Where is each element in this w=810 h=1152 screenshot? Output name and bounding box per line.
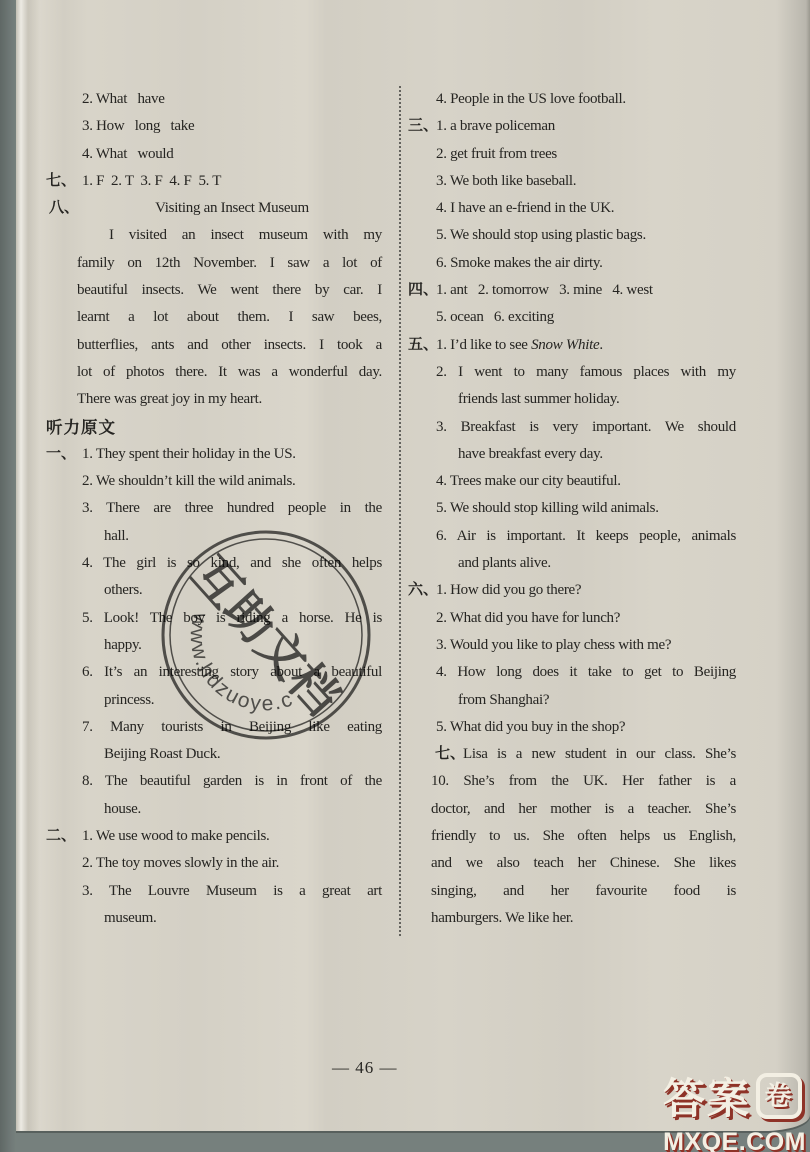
text-line: 5. We should stop killing wild animals. — [436, 495, 736, 522]
line-text: hamburgers. We like her. — [431, 910, 573, 926]
text-line: 8. The beautiful garden is in front of t… — [82, 768, 382, 795]
line-text: 3. The Louvre Museum is a great art — [82, 883, 382, 899]
text-line: beautiful insects. We went there by car.… — [77, 277, 382, 304]
line-text: 3. Breakfast is very important. We shoul… — [436, 419, 736, 435]
text-line: learnt a lot about them. I saw bees, — [77, 304, 382, 331]
text-line: and we also teach her Chinese. She likes — [431, 850, 736, 877]
text-line: others. — [82, 577, 382, 604]
line-text: have breakfast every day. — [458, 446, 603, 462]
text-line: 6. Smoke makes the air dirty. — [436, 250, 736, 277]
line-text: Beijing Roast Duck. — [104, 746, 220, 762]
line-text: 8. The beautiful garden is in front of t… — [82, 773, 382, 789]
text-line: hall. — [82, 523, 382, 550]
text-line: butterflies, ants and other insects. I t… — [77, 332, 382, 359]
line-text: and we also teach her Chinese. She likes — [431, 855, 736, 871]
line-text: 6. Smoke makes the air dirty. — [436, 255, 603, 271]
line-text: 5. We should stop using plastic bags. — [436, 227, 646, 243]
line-text: 4. How long does it take to get to Beiji… — [436, 664, 736, 680]
line-text: Visiting an Insect Museum — [155, 200, 309, 216]
line-text: and plants alive. — [458, 555, 551, 571]
section-marker: 一、 — [46, 441, 82, 468]
line-text: 1. They spent their holiday in the US. — [82, 446, 296, 462]
text-line: 3. The Louvre Museum is a great art — [82, 878, 382, 905]
text-line: Beijing Roast Duck. — [82, 741, 382, 768]
text-line: 6. It’s an interesting story about a bea… — [82, 659, 382, 686]
line-text-italic: Snow White — [531, 337, 599, 353]
text-line: 5. Look! The boy is riding a horse. He i… — [82, 605, 382, 632]
line-text: 5. ocean 6. exciting — [436, 309, 554, 325]
text-line: 五、1. I’d like to see Snow White. — [436, 332, 736, 359]
line-text: 1. F 2. T 3. F 4. F 5. T — [82, 173, 221, 189]
text-line: 2. The toy moves slowly in the air. — [82, 850, 382, 877]
line-text: 5. Look! The boy is riding a horse. He i… — [82, 610, 382, 626]
line-text: 4. Trees make our city beautiful. — [436, 473, 621, 489]
line-text: 3. There are three hundred people in the — [82, 500, 382, 516]
text-line: 八、Visiting an Insect Museum — [82, 195, 382, 222]
line-text: I visited an insect museum with my — [109, 227, 382, 243]
section-marker: 七、 — [46, 168, 82, 195]
text-line: 2. What did you have for lunch? — [436, 605, 736, 632]
text-line: 七、1. F 2. T 3. F 4. F 5. T — [82, 168, 382, 195]
line-text: hall. — [104, 528, 129, 544]
text-line: 3. How long take — [82, 113, 382, 140]
section-marker: 六、 — [408, 577, 436, 604]
text-line: 4. How long does it take to get to Beiji… — [436, 659, 736, 686]
line-text: 5. We should stop killing wild animals. — [436, 500, 659, 516]
text-line: 7. Many tourists in Beijing like eating — [82, 714, 382, 741]
line-text: 6. Air is important. It keeps people, an… — [436, 528, 736, 544]
line-text: 10. She’s from the UK. Her father is a — [431, 773, 736, 789]
text-line: 七、Lisa is a new student in our class. Sh… — [431, 741, 736, 768]
text-line: singing, and her favourite food is — [431, 878, 736, 905]
scanned-page: 2. What have3. How long take4. What woul… — [16, 0, 810, 1131]
page-number-text: — 46 — — [332, 1058, 398, 1078]
text-line: hamburgers. We like her. — [431, 905, 736, 932]
text-line: 3. Would you like to play chess with me? — [436, 632, 736, 659]
text-line: 3. There are three hundred people in the — [82, 495, 382, 522]
line-text: learnt a lot about them. I saw bees, — [77, 309, 382, 325]
line-text: 2. The toy moves slowly in the air. — [82, 855, 279, 871]
answer-logo: 答案 卷 MXQE.COM — [632, 1066, 810, 1152]
text-line: family on 12th November. I saw a lot of — [77, 250, 382, 277]
line-text: 3. Would you like to play chess with me? — [436, 637, 671, 653]
text-line: 四、1. ant 2. tomorrow 3. mine 4. west — [436, 277, 736, 304]
line-text: family on 12th November. I saw a lot of — [77, 255, 382, 271]
text-line: 3. We both like baseball. — [436, 168, 736, 195]
line-text: beautiful insects. We went there by car.… — [77, 282, 382, 298]
line-text: 1. I’d like to see Snow White. — [436, 337, 603, 353]
line-text: friendly to us. She often helps us Engli… — [431, 828, 736, 844]
left-column: 2. What have3. How long take4. What woul… — [46, 86, 382, 932]
line-text: friends last summer holiday. — [458, 391, 619, 407]
line-text: There was great joy in my heart. — [77, 391, 262, 407]
text-line: house. — [82, 796, 382, 823]
line-text: singing, and her favourite food is — [431, 883, 736, 899]
line-text: 2. What have — [82, 91, 165, 107]
line-text: 4. People in the US love football. — [436, 91, 626, 107]
section-marker: 八、 — [46, 195, 82, 222]
line-text: 1. How did you go there? — [436, 582, 581, 598]
text-line: and plants alive. — [436, 550, 736, 577]
line-text: 听力原文 — [46, 418, 116, 437]
right-column: 4. People in the US love football.三、1. a… — [408, 86, 736, 932]
line-text: 2. What did you have for lunch? — [436, 610, 620, 626]
line-text: happy. — [104, 637, 142, 653]
line-text-segment: . — [599, 337, 602, 353]
line-text: 1. a brave policeman — [436, 118, 555, 134]
line-text: 2. I went to many famous places with my — [436, 364, 736, 380]
text-line: 6. Air is important. It keeps people, an… — [436, 523, 736, 550]
line-text: 1. ant 2. tomorrow 3. mine 4. west — [436, 282, 653, 298]
line-text: 4. I have an e-friend in the UK. — [436, 200, 614, 216]
text-line: 3. Breakfast is very important. We shoul… — [436, 414, 736, 441]
logo-domain-text: MXQE.COM — [632, 1128, 810, 1152]
text-line: 4. The girl is so kind, and she often he… — [82, 550, 382, 577]
line-text: princess. — [104, 692, 154, 708]
section-marker: 四、 — [408, 277, 436, 304]
text-line: 10. She’s from the UK. Her father is a — [431, 768, 736, 795]
section-heading: 听力原文 — [46, 414, 382, 441]
text-line: doctor, and her mother is a teacher. She… — [431, 796, 736, 823]
text-line: 4. Trees make our city beautiful. — [436, 468, 736, 495]
line-text: museum. — [104, 910, 156, 926]
text-line: I visited an insect museum with my — [77, 222, 382, 249]
text-line: friends last summer holiday. — [436, 386, 736, 413]
text-line: 2. We shouldn’t kill the wild animals. — [82, 468, 382, 495]
line-text: others. — [104, 582, 142, 598]
text-line: 5. ocean 6. exciting — [436, 304, 736, 331]
line-text: 2. get fruit from trees — [436, 146, 557, 162]
line-text: 2. We shouldn’t kill the wild animals. — [82, 473, 296, 489]
text-line: from Shanghai? — [436, 687, 736, 714]
text-line: friendly to us. She often helps us Engli… — [431, 823, 736, 850]
section-marker: 二、 — [46, 823, 82, 850]
column-divider — [399, 86, 401, 936]
text-line: 二、1. We use wood to make pencils. — [82, 823, 382, 850]
line-text: house. — [104, 801, 141, 817]
text-line: princess. — [82, 687, 382, 714]
logo-brand-text: 答案 — [663, 1066, 751, 1126]
text-line: lot of photos there. It was a wonderful … — [77, 359, 382, 386]
text-line: 5. What did you buy in the shop? — [436, 714, 736, 741]
text-line: 六、1. How did you go there? — [436, 577, 736, 604]
line-text: 4. The girl is so kind, and she often he… — [82, 555, 382, 571]
text-line: 4. I have an e-friend in the UK. — [436, 195, 736, 222]
section-marker: 七、 — [403, 741, 431, 768]
text-line: 2. get fruit from trees — [436, 141, 736, 168]
line-text: 5. What did you buy in the shop? — [436, 719, 625, 735]
line-text: 3. How long take — [82, 118, 194, 134]
text-line: 2. I went to many famous places with my — [436, 359, 736, 386]
line-text: Lisa is a new student in our class. She’… — [463, 746, 736, 762]
text-line: 一、1. They spent their holiday in the US. — [82, 441, 382, 468]
text-line: 4. What would — [82, 141, 382, 168]
line-text: 4. What would — [82, 146, 173, 162]
line-text: 1. We use wood to make pencils. — [82, 828, 270, 844]
line-text: 7. Many tourists in Beijing like eating — [82, 719, 382, 735]
section-marker: 三、 — [408, 113, 436, 140]
text-line: happy. — [82, 632, 382, 659]
text-line: There was great joy in my heart. — [77, 386, 382, 413]
line-text: from Shanghai? — [458, 692, 549, 708]
text-line: have breakfast every day. — [436, 441, 736, 468]
text-line: 5. We should stop using plastic bags. — [436, 222, 736, 249]
text-line: 2. What have — [82, 86, 382, 113]
text-line: museum. — [82, 905, 382, 932]
line-text: butterflies, ants and other insects. I t… — [77, 337, 382, 353]
line-text: 3. We both like baseball. — [436, 173, 576, 189]
section-marker: 五、 — [408, 332, 436, 359]
logo-badge-icon: 卷 — [756, 1073, 802, 1119]
line-text: doctor, and her mother is a teacher. She… — [431, 801, 736, 817]
line-text: lot of photos there. It was a wonderful … — [77, 364, 382, 380]
line-text: 6. It’s an interesting story about a bea… — [82, 664, 382, 680]
text-line: 三、1. a brave policeman — [436, 113, 736, 140]
line-text-segment: 1. I’d like to see — [436, 337, 531, 353]
text-line: 4. People in the US love football. — [436, 86, 736, 113]
